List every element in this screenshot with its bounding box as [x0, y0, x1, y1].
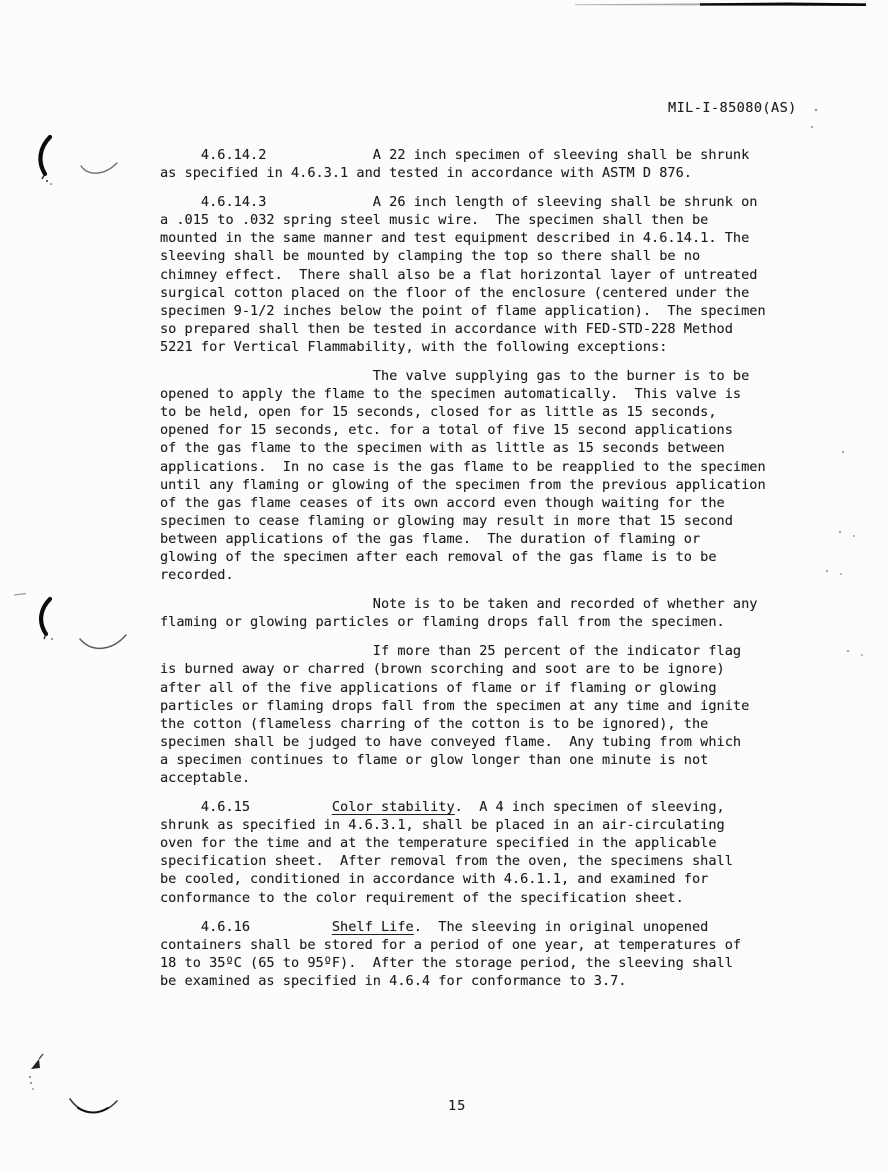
ink-dot — [51, 638, 53, 640]
handwritten-swoosh-3-dark — [78, 1108, 108, 1113]
paragraph-exception-note: Note is to be taken and recorded of whet… — [160, 595, 850, 631]
clause-number-4-6-15: 4.6.15 — [160, 799, 332, 815]
ink-dot — [29, 1076, 31, 1078]
scan-speck — [815, 109, 817, 111]
paragraph-4-6-14-2: 4.6.14.2 A 22 inch specimen of sleeving … — [160, 146, 850, 182]
page-number: 15 — [448, 1098, 466, 1114]
scan-speck — [811, 126, 813, 128]
ink-dot — [50, 183, 52, 185]
ink-dot — [32, 1088, 34, 1090]
clause-title-shelf-life: Shelf Life — [332, 919, 414, 935]
scanned-document-page: MIL-I-85080(AS) 4.6.14.2 A 22 inch speci… — [0, 0, 889, 1171]
handwritten-scribble-mark — [31, 1059, 40, 1069]
handwritten-paren-tail-1 — [42, 174, 45, 179]
scan-edge-line — [575, 3, 700, 5]
handwritten-paren-tail-2 — [44, 634, 46, 639]
handwritten-paren-mark-1 — [40, 137, 50, 174]
clause-title-color-stability: Color stability — [332, 799, 455, 815]
ink-dot — [46, 180, 48, 182]
handwritten-scribble-tail — [39, 1054, 43, 1059]
handwritten-paren-mark-2 — [41, 599, 50, 634]
document-body: 4.6.14.2 A 22 inch specimen of sleeving … — [160, 146, 850, 1001]
scan-speck — [853, 535, 855, 537]
paragraph-exception-indicator-flag: If more than 25 percent of the indicator… — [160, 642, 850, 787]
handwritten-swoosh-1 — [81, 163, 117, 173]
scan-speck — [861, 654, 863, 656]
handwritten-swoosh-3 — [70, 1099, 117, 1112]
paragraph-4-6-15: 4.6.15 Color stability. A 4 inch specime… — [160, 798, 850, 907]
pencil-dash-mark — [14, 594, 26, 596]
ink-dot — [30, 1082, 32, 1084]
document-number: MIL-I-85080(AS) — [668, 100, 797, 116]
paragraph-4-6-16: 4.6.16 Shelf Life. The sleeving in origi… — [160, 918, 850, 990]
paragraph-4-6-14-3: 4.6.14.3 A 26 inch length of sleeving sh… — [160, 193, 850, 356]
scan-edge-line-dark — [700, 3, 866, 7]
handwritten-swoosh-2 — [80, 635, 126, 648]
clause-number-4-6-16: 4.6.16 — [160, 919, 332, 935]
paragraph-exception-valve: The valve supplying gas to the burner is… — [160, 367, 850, 584]
